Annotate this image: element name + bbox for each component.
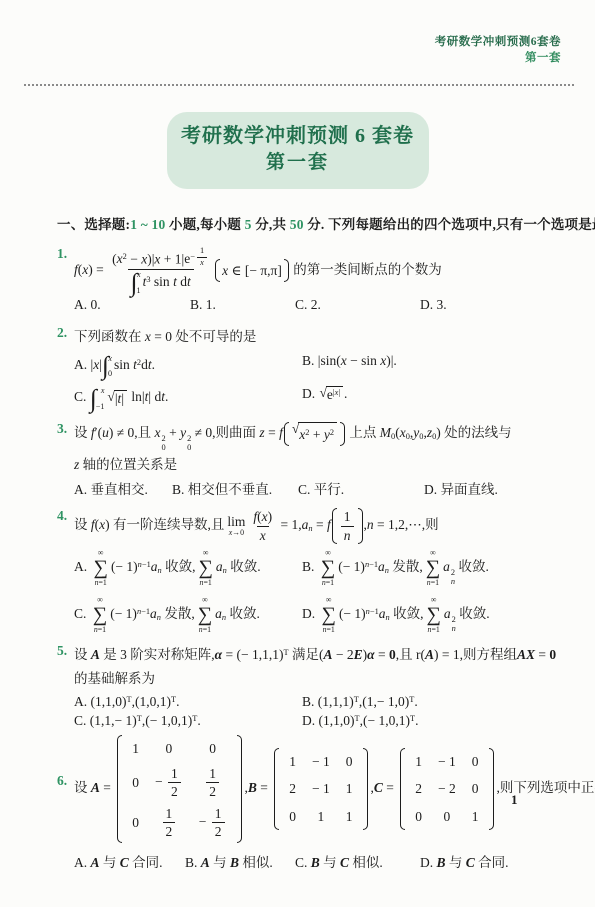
question-5-option-a: A. (1,1,0)T,(1,0,1)T.: [74, 694, 302, 710]
section-instructions: 一、选择题:1 ~ 10 小题,每小题 5 分,共 50 分. 下列每题给出的四…: [57, 214, 567, 236]
header-book-title: 考研数学冲刺预测6套卷: [435, 35, 561, 51]
question-1-option-b: B. 1.: [190, 297, 295, 313]
question-3-stem-line-1: 设 f′(u) ≠ 0,且 x20 + y20 ≠ 0,则曲面 z = f√x2…: [74, 421, 567, 452]
question-1: 1. f(x) = (x2 − x)|x + 1|e−1x∫x1t3 sin t…: [57, 246, 567, 313]
question-1-option-d: D. 3.: [420, 297, 447, 313]
question-4-option-d: D. ∞∑n=1(− 1)n−1an 收敛,∞∑n=1a2n 收敛.: [302, 595, 567, 635]
header-set-label: 第一套: [435, 51, 561, 67]
question-6-number: 6.: [57, 735, 74, 871]
question-2-stem-line-1: 下列函数在 x = 0 处不可导的是: [74, 325, 567, 349]
question-6-option-d: D. B 与 C 合同.: [420, 851, 509, 871]
question-5: 5. 设 A 是 3 阶实对称矩阵,α = (− 1,1,1)T 满足(A − …: [57, 643, 567, 729]
question-6-body: 设 A = 1000− 1212012− 12,B = 1− 102− 1101…: [74, 735, 567, 871]
question-6-option-a: A. A 与 C 合同.: [74, 851, 185, 871]
question-5-number: 5.: [57, 643, 74, 729]
question-4-stem: 4. 设 f(x) 有一阶连续导数,且limx→0f(x)x = 1,an = …: [57, 508, 567, 635]
question-3-number: 3.: [57, 421, 74, 498]
exam-subtitle: 第一套: [173, 150, 423, 177]
question-5-option-d: D. (1,1,0)T,(− 1,0,1)T.: [302, 713, 567, 729]
question-1-stem: 1. f(x) = (x2 − x)|x + 1|e−1x∫x1t3 sin t…: [57, 246, 567, 313]
question-2-option-c: C. ∫x−1√|t| ln|t| dt.: [74, 386, 302, 412]
question-4-option-c: C. ∞∑n=1(− 1)n−1an 发散,∞∑n=1an 收敛.: [74, 595, 302, 635]
question-5-stem-line-2: 的基础解系为: [74, 667, 567, 691]
question-4-option-a: A. ∞∑n=1(− 1)n−1an 收敛,∞∑n=1an 收敛.: [74, 548, 302, 588]
question-3-option-c: C. 平行.: [298, 478, 424, 498]
question-5-options: A. (1,1,0)T,(1,0,1)T. B. (1,1,1)T,(1,− 1…: [74, 694, 567, 729]
question-2-options: A. |x|∫x0sin t2dt. B. |sin(x − sin x)|. …: [74, 353, 567, 411]
question-3-stem-line-2: z 轴的位置关系是: [74, 453, 567, 477]
question-2-body: 下列函数在 x = 0 处不可导的是 A. |x|∫x0sin t2dt. B.…: [74, 325, 567, 411]
header-divider: [24, 84, 574, 86]
question-1-option-c: C. 2.: [295, 297, 420, 313]
question-2-number: 2.: [57, 325, 74, 411]
question-4-stem-line-1: 设 f(x) 有一阶连续导数,且limx→0f(x)x = 1,an = f1n…: [74, 508, 567, 544]
question-1-stem-line-1: f(x) = (x2 − x)|x + 1|e−1x∫x1t3 sin t dt…: [74, 246, 567, 295]
question-5-option-c: C. (1,1,− 1)T,(− 1,0,1)T.: [74, 713, 302, 729]
page-content: 一、选择题:1 ~ 10 小题,每小题 5 分,共 50 分. 下列每题给出的四…: [57, 214, 567, 871]
question-4-body: 设 f(x) 有一阶连续导数,且limx→0f(x)x = 1,an = f1n…: [74, 508, 567, 635]
question-4: 4. 设 f(x) 有一阶连续导数,且limx→0f(x)x = 1,an = …: [57, 508, 567, 635]
exam-title: 考研数学冲刺预测 6 套卷: [173, 123, 423, 150]
question-3: 3. 设 f′(u) ≠ 0,且 x20 + y20 ≠ 0,则曲面 z = f…: [57, 421, 567, 498]
question-4-options: A. ∞∑n=1(− 1)n−1an 收敛,∞∑n=1an 收敛. B. ∞∑n…: [74, 548, 567, 635]
question-3-option-d: D. 异面直线.: [424, 478, 498, 498]
question-6: 6. 设 A = 1000− 1212012− 12,B = 1− 102− 1…: [57, 735, 567, 871]
page-number: 1: [511, 792, 518, 808]
question-4-number: 4.: [57, 508, 74, 635]
running-header: 考研数学冲刺预测6套卷 第一套: [435, 35, 561, 66]
question-6-option-c: C. B 与 C 相似.: [295, 851, 420, 871]
question-5-option-b: B. (1,1,1)T,(1,− 1,0)T.: [302, 694, 567, 710]
question-2-stem: 2. 下列函数在 x = 0 处不可导的是 A. |x|∫x0sin t2dt.…: [57, 325, 567, 411]
question-2: 2. 下列函数在 x = 0 处不可导的是 A. |x|∫x0sin t2dt.…: [57, 325, 567, 411]
question-1-number: 1.: [57, 246, 74, 313]
question-6-stem: 6. 设 A = 1000− 1212012− 12,B = 1− 102− 1…: [57, 735, 567, 871]
question-6-options: A. A 与 C 合同. B. A 与 B 相似. C. B 与 C 相似. D…: [74, 851, 567, 871]
question-1-options: A. 0. B. 1. C. 2. D. 3.: [74, 297, 567, 313]
question-2-option-d: D. √e|x|.: [302, 386, 567, 403]
question-4-option-b: B. ∞∑n=1(− 1)n−1an 发散,∞∑n=1a2n 收敛.: [302, 548, 567, 588]
exam-page: 考研数学冲刺预测6套卷 第一套 考研数学冲刺预测 6 套卷 第一套 一、选择题:…: [0, 0, 595, 907]
question-1-body: f(x) = (x2 − x)|x + 1|e−1x∫x1t3 sin t dt…: [74, 246, 567, 313]
title-box: 考研数学冲刺预测 6 套卷 第一套: [167, 112, 429, 189]
question-6-stem-line-1: 设 A = 1000− 1212012− 12,B = 1− 102− 1101…: [74, 735, 567, 843]
question-3-body: 设 f′(u) ≠ 0,且 x20 + y20 ≠ 0,则曲面 z = f√x2…: [74, 421, 567, 498]
question-6-option-b: B. A 与 B 相似.: [185, 851, 295, 871]
question-2-option-b: B. |sin(x − sin x)|.: [302, 353, 567, 369]
question-3-options: A. 垂直相交. B. 相交但不垂直. C. 平行. D. 异面直线.: [74, 478, 567, 498]
question-3-option-b: B. 相交但不垂直.: [172, 478, 298, 498]
question-1-option-a: A. 0.: [74, 297, 190, 313]
question-5-body: 设 A 是 3 阶实对称矩阵,α = (− 1,1,1)T 满足(A − 2E)…: [74, 643, 567, 729]
question-2-option-a: A. |x|∫x0sin t2dt.: [74, 353, 302, 379]
question-3-stem: 3. 设 f′(u) ≠ 0,且 x20 + y20 ≠ 0,则曲面 z = f…: [57, 421, 567, 498]
question-5-stem: 5. 设 A 是 3 阶实对称矩阵,α = (− 1,1,1)T 满足(A − …: [57, 643, 567, 729]
question-5-stem-line-1: 设 A 是 3 阶实对称矩阵,α = (− 1,1,1)T 满足(A − 2E)…: [74, 643, 567, 667]
question-3-option-a: A. 垂直相交.: [74, 478, 172, 498]
